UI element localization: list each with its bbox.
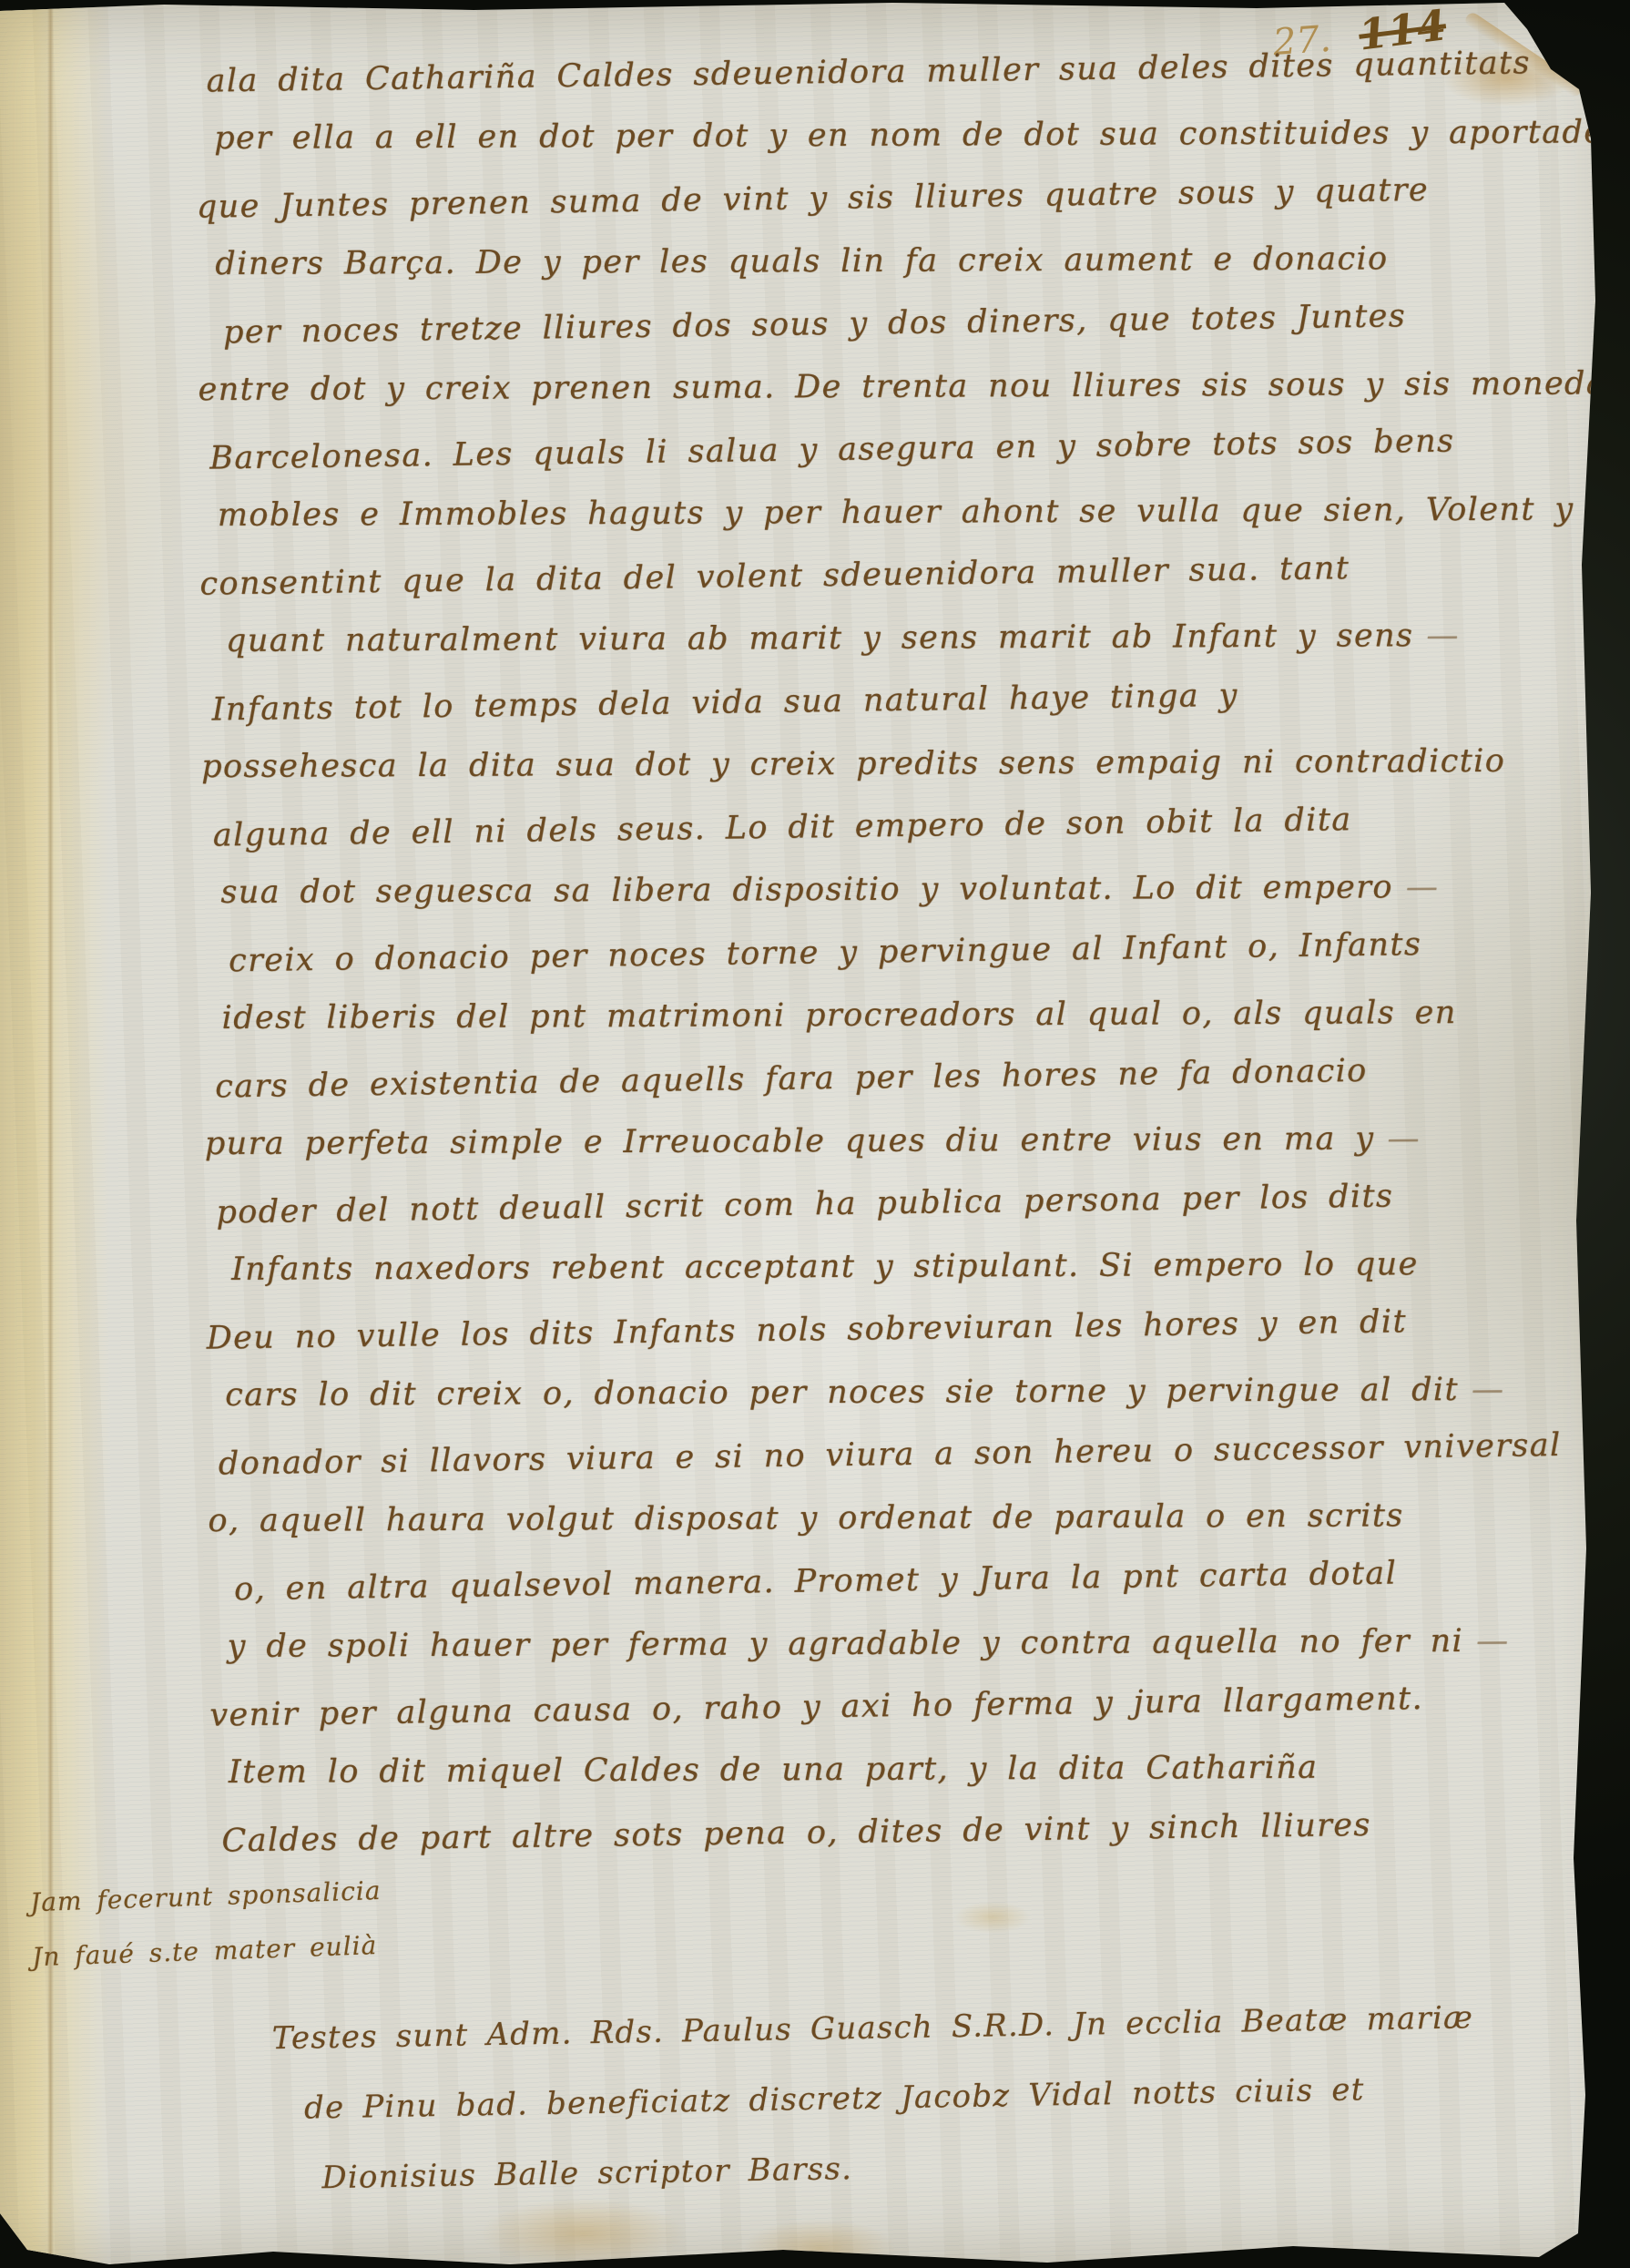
manuscript-line: y de spoli hauer per ferma y agradable y… bbox=[227, 1610, 1458, 1679]
manuscript-line: pura perfeta simple e Irreuocable ques d… bbox=[205, 1108, 1454, 1176]
manuscript-line: mobles e Immobles haguts y per hauer aho… bbox=[218, 479, 1449, 547]
manuscript-line: Infants naxedors rebent acceptant y stip… bbox=[231, 1233, 1455, 1302]
margin-note: Jam fecerunt sponsalicia Jn faué s.te ma… bbox=[29, 1863, 415, 1986]
manuscript-line: consentint que la dita del volent sdeuen… bbox=[199, 536, 1450, 616]
manuscript-line: possehesca la dita sua dot y creix predi… bbox=[201, 730, 1451, 799]
manuscript-line: o, en altra qualsevol manera. Promet y J… bbox=[234, 1542, 1459, 1622]
photo-backdrop: 27. 114 ala dita Cathariña Caldes sdeuen… bbox=[0, 0, 1630, 2268]
manuscript-line: per noces tretze lliures dos sous y dos … bbox=[223, 285, 1448, 365]
manuscript-line: entre dot y creix prenen suma. De trenta… bbox=[198, 353, 1447, 422]
manuscript-line: que Juntes prenen suma de vint y sis lli… bbox=[196, 159, 1446, 240]
witness-clause-block: Testes sunt Adm. Rds. Paulus Guasch S.R.… bbox=[271, 1982, 1550, 2214]
manuscript-line: Item lo dit miquel Caldes de una part, y… bbox=[229, 1736, 1460, 1804]
manuscript-text-block: ala dita Cathariña Caldes sdeuenidora mu… bbox=[206, 36, 1460, 1870]
manuscript-page: 27. 114 ala dita Cathariña Caldes sdeuen… bbox=[0, 0, 1630, 2268]
manuscript-line: o, aquell haura volgut disposat y ordena… bbox=[208, 1485, 1457, 1553]
manuscript-line: ala dita Cathariña Caldes sdeuenidora mu… bbox=[206, 34, 1445, 114]
manuscript-line: quant naturalment viura ab marit y sens … bbox=[226, 605, 1450, 673]
manuscript-line: per ella a ell en dot per dot y en nom d… bbox=[214, 102, 1445, 170]
manuscript-line: venir per alguna causa o, raho y axi ho … bbox=[209, 1667, 1460, 1747]
manuscript-line: Caldes de part altre sots pena o, dites … bbox=[221, 1793, 1461, 1873]
manuscript-line: sua dot seguesca sa libera dispositio y … bbox=[220, 856, 1452, 925]
manuscript-line: alguna de ell ni dels seus. Lo dit emper… bbox=[212, 788, 1452, 868]
manuscript-line: cars lo dit creix o, donacio per noces s… bbox=[225, 1359, 1456, 1427]
manuscript-line: idest liberis del pnt matrimoni procread… bbox=[221, 982, 1452, 1050]
manuscript-line: cars de existentia de aquells fara per l… bbox=[215, 1039, 1454, 1119]
manuscript-line: Infants tot lo temps dela vida sua natur… bbox=[211, 662, 1451, 742]
manuscript-line: creix o donacio per noces torne y pervin… bbox=[229, 914, 1453, 994]
manuscript-line: donador si llavors viura e si no viura a… bbox=[218, 1415, 1457, 1496]
manuscript-line: Deu no vulle los dits Infants nols sobre… bbox=[206, 1290, 1456, 1370]
manuscript-line: poder del nott deuall scrit com ha publi… bbox=[216, 1164, 1455, 1244]
manuscript-line: Barcelonesa. Les quals li salua y asegur… bbox=[209, 411, 1449, 491]
manuscript-line: diners Barça. De y per les quals lin fa … bbox=[215, 228, 1446, 296]
